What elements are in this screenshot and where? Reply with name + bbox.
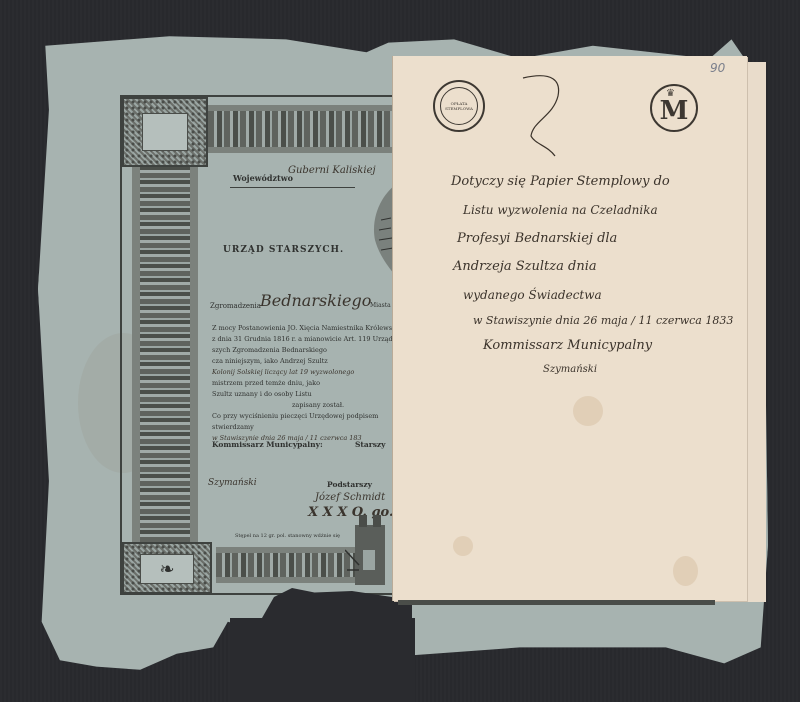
paper-stain xyxy=(573,396,603,426)
crown-icon: ♛ xyxy=(666,88,675,99)
castle-engraving-icon xyxy=(345,510,400,590)
paper-stain xyxy=(453,536,473,556)
body-line: szych Zgromadzenia Bednarskiego xyxy=(212,345,417,356)
zgromadzenia-label: Zgromadzenia xyxy=(210,302,261,310)
flourish-mark-icon xyxy=(513,66,573,166)
kommissarz-signature: Szymański xyxy=(208,478,257,488)
paper-stain xyxy=(673,556,698,586)
attachment-line: w Stawiszynie dnia 26 maja / 11 czerwca … xyxy=(473,314,733,327)
stamp-duty-note: Stępel na 12 gr. pol. stanowny wdżnie si… xyxy=(235,533,340,539)
body-line: cza niniejszym, iako Andrzej Szultz xyxy=(212,356,417,367)
wojewodztwo-value: Guberni Kaliskiej xyxy=(288,165,376,176)
ornament-corner-bottom-left: ❧ xyxy=(122,542,212,594)
body-line: Z mocy Postanowienia JO. Xięcia Namiestn… xyxy=(212,323,417,334)
attachment-line: Andrzeja Szultza dnia xyxy=(453,259,597,274)
ornament-corner-top-left xyxy=(122,97,208,167)
cherub-engraving-icon: ❧ xyxy=(159,559,174,580)
attachment-line: Listu wyzwolenia na Czeladnika xyxy=(463,203,658,217)
body-line: mistrzem przed temże dniu, jako xyxy=(212,378,417,389)
starszy-label: Starszy xyxy=(355,440,386,449)
body-line: z dnia 31 Grudnia 1816 r. a mianowicie A… xyxy=(212,334,417,345)
podstarszy-signature: Józef Schmidt xyxy=(315,492,385,503)
archive-page-number: 90 xyxy=(710,61,725,75)
body-line: zapisany został. xyxy=(212,400,417,411)
monogram-stamp: M ♛ xyxy=(650,84,698,132)
underline xyxy=(230,187,355,188)
monogram-letter: M xyxy=(660,96,689,126)
attachment-line: wydanego Świadectwa xyxy=(463,288,602,302)
attachment-line: Kommissarz Municypalny xyxy=(483,338,652,353)
ornament-band-left xyxy=(132,167,198,542)
body-line: Co przy wyciśnieniu pieczęci Urzędowej p… xyxy=(212,411,417,433)
attachment-signature: Szymański xyxy=(543,364,597,375)
stamp-text: OPŁATA STEMPLOWA xyxy=(435,82,483,130)
body-line: Szultz uznany i do osoby Listu xyxy=(212,389,417,400)
stamped-paper-sheet: 90 OPŁATA STEMPLOWA M ♛ Dotyczy się Papi… xyxy=(393,56,747,601)
wojewodztwo-label: Województwo xyxy=(233,173,293,183)
body-line: Kolonij Solskiej liczący lat 19 wyzwolon… xyxy=(212,367,417,378)
certificate-heading: URZĄD STARSZYCH. xyxy=(223,245,344,255)
miasta-label: Miasta xyxy=(370,302,391,309)
certificate-body: Z mocy Postanowienia JO. Xięcia Namiestn… xyxy=(212,323,417,444)
podstarszy-label: Podstarszy xyxy=(327,480,372,489)
attachment-line: Dotyczy się Papier Stemplowy do xyxy=(451,174,670,189)
ornament-band-top xyxy=(208,105,420,153)
torn-paper-hole xyxy=(230,618,415,702)
ornament-band-bottom xyxy=(216,547,366,583)
attachment-line: Profesyi Bednarskiej dla xyxy=(457,231,617,246)
zgromadzenia-value: Bednarskiego xyxy=(260,291,371,310)
printed-border-edge xyxy=(398,600,715,605)
kommissarz-label: Kommissarz Municypalny: xyxy=(212,440,323,449)
tax-stamp-left: OPŁATA STEMPLOWA xyxy=(433,80,485,132)
